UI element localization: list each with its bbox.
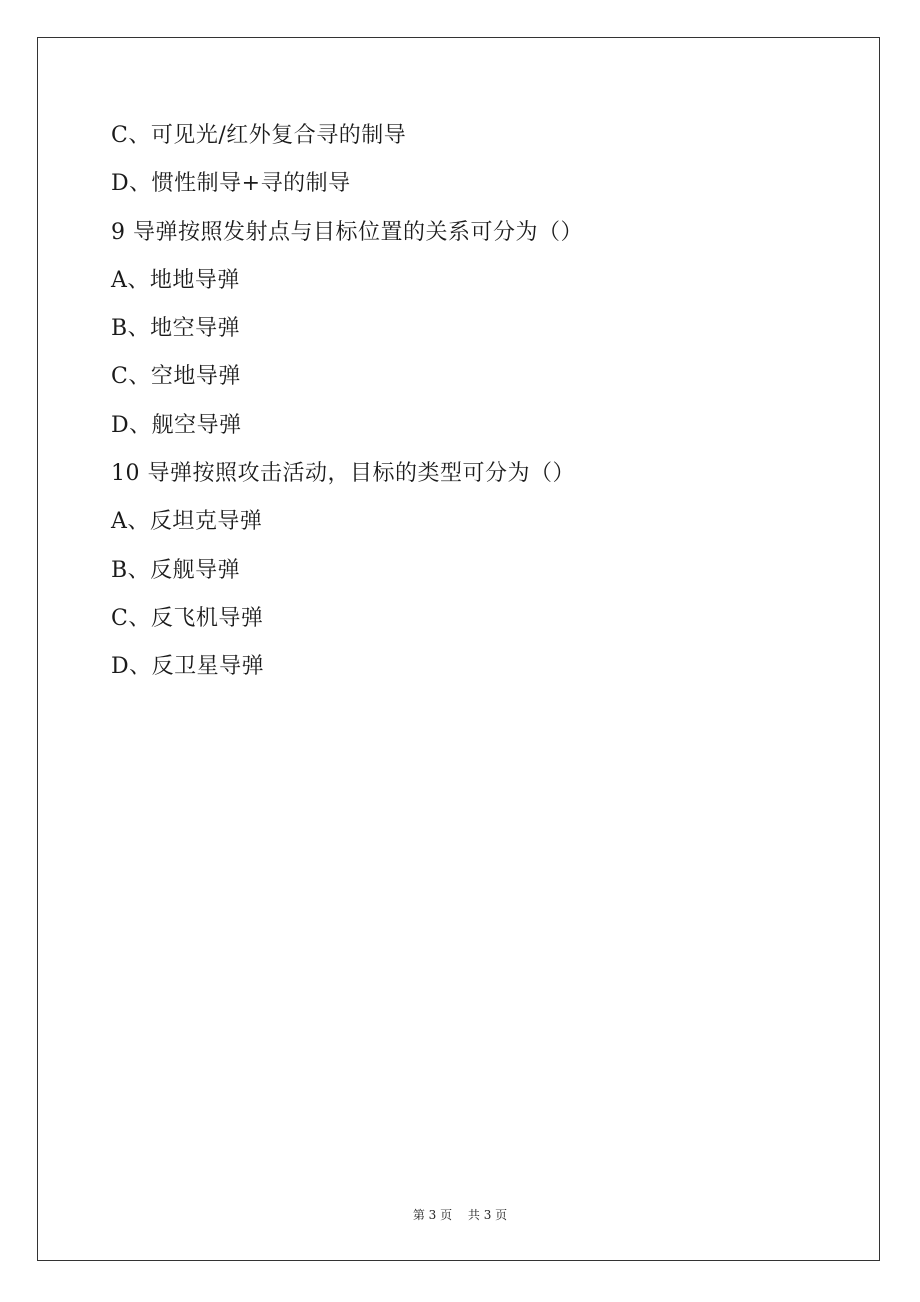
page-number: 第 3 页 <box>413 1208 452 1222</box>
option-d-prev-question: D、惯性制导+寻的制导 <box>111 163 831 211</box>
question-10-option-c: C、反飞机导弹 <box>111 598 831 646</box>
question-10-option-b: B、反舰导弹 <box>111 550 831 598</box>
question-9-option-d: D、舰空导弹 <box>111 405 831 453</box>
question-9-option-b: B、地空导弹 <box>111 308 831 356</box>
document-body: C、可见光/红外复合寻的制导 D、惯性制导+寻的制导 9 导弹按照发射点与目标位… <box>111 115 831 695</box>
page-total: 共 3 页 <box>468 1208 507 1222</box>
option-c-prev-question: C、可见光/红外复合寻的制导 <box>111 115 831 163</box>
question-9-option-a: A、地地导弹 <box>111 260 831 308</box>
question-10-option-a: A、反坦克导弹 <box>111 501 831 549</box>
question-10-option-d: D、反卫星导弹 <box>111 646 831 694</box>
question-9-option-c: C、空地导弹 <box>111 356 831 404</box>
page-footer: 第 3 页 共 3 页 <box>0 1206 920 1223</box>
question-9: 9 导弹按照发射点与目标位置的关系可分为（） <box>111 212 831 260</box>
question-10: 10 导弹按照攻击活动，目标的类型可分为（） <box>111 453 831 501</box>
